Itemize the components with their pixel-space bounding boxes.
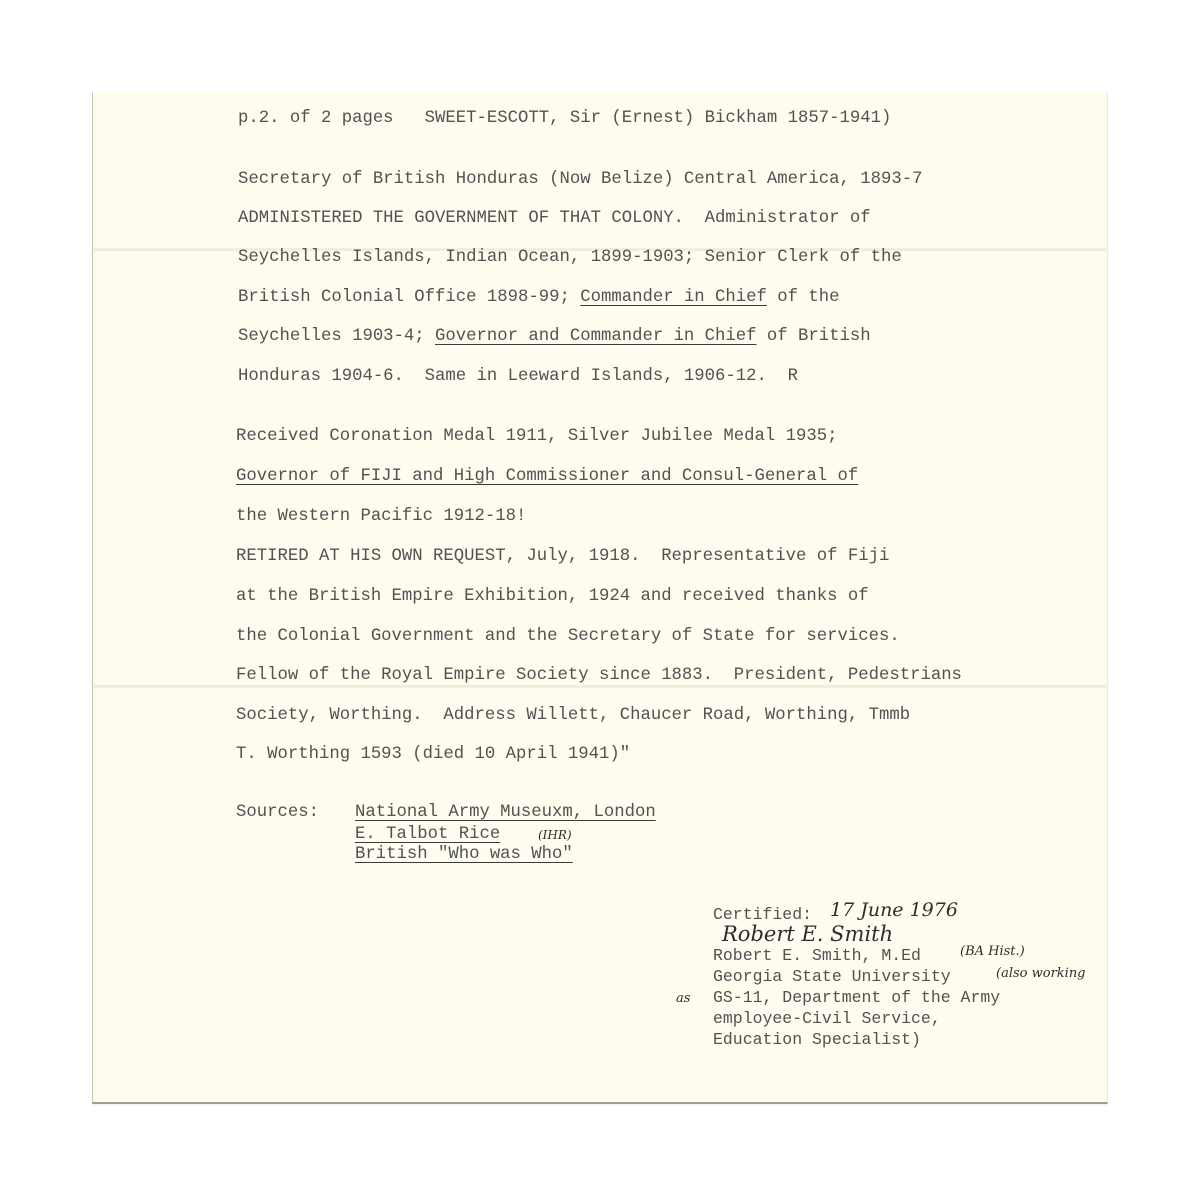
source-item: National Army Museuxm, London (355, 803, 656, 822)
underlined-text: Commander in Chief (580, 288, 767, 307)
text-line: Honduras 1904-6. Same in Leeward Islands… (238, 367, 798, 386)
handwritten-degree: (BA Hist.) (960, 944, 1025, 959)
source-item: E. Talbot Rice (355, 825, 500, 844)
cert-line: GS-11, Department of the Army (713, 988, 1000, 1007)
cert-line: Georgia State University (713, 967, 951, 986)
cert-line: Education Specialist) (713, 1030, 921, 1049)
text-line: Secretary of British Honduras (Now Beliz… (238, 170, 922, 189)
text-line: ADMINISTERED THE GOVERNMENT OF THAT COLO… (238, 209, 871, 228)
text-line: Governor of FIJI and High Commissioner a… (236, 467, 858, 486)
handwritten-note: (IHR) (538, 828, 572, 842)
text-segment: of the (767, 288, 840, 307)
text-segment: British Colonial Office 1898-99; (238, 288, 580, 307)
text-line: T. Worthing 1593 (died 10 April 1941)" (236, 745, 630, 764)
text-segment: Seychelles 1903-4; (238, 327, 435, 346)
cert-line: Robert E. Smith, M.Ed (713, 946, 921, 965)
text-segment: of British (757, 327, 871, 346)
signature: Robert E. Smith (722, 922, 893, 946)
text-line: Society, Worthing. Address Willett, Chau… (236, 706, 910, 725)
text-line: Fellow of the Royal Empire Society since… (236, 666, 962, 685)
cert-line: employee-Civil Service, (713, 1009, 941, 1028)
handwritten-date: 17 June 1976 (830, 899, 958, 921)
text-line: British Colonial Office 1898-99; Command… (238, 288, 840, 307)
sources-label: Sources: (236, 803, 319, 822)
handwritten-note: as (676, 991, 690, 1006)
page-header: p.2. of 2 pages SWEET-ESCOTT, Sir (Ernes… (238, 109, 891, 128)
underlined-text: Governor of FIJI and High Commissioner a… (236, 467, 858, 486)
text-line: at the British Empire Exhibition, 1924 a… (236, 587, 869, 606)
text-line: RETIRED AT HIS OWN REQUEST, July, 1918. … (236, 547, 889, 566)
text-line: the Western Pacific 1912-18! (236, 507, 526, 526)
source-item: British "Who was Who" (355, 845, 573, 864)
text-line: Seychelles Islands, Indian Ocean, 1899-1… (238, 248, 902, 267)
text-line: Seychelles 1903-4; Governor and Commande… (238, 327, 871, 346)
handwritten-note: (also working (996, 966, 1086, 981)
underlined-text: Governor and Commander in Chief (435, 327, 756, 346)
text-line: the Colonial Government and the Secretar… (236, 627, 900, 646)
text-line: Received Coronation Medal 1911, Silver J… (236, 427, 838, 446)
